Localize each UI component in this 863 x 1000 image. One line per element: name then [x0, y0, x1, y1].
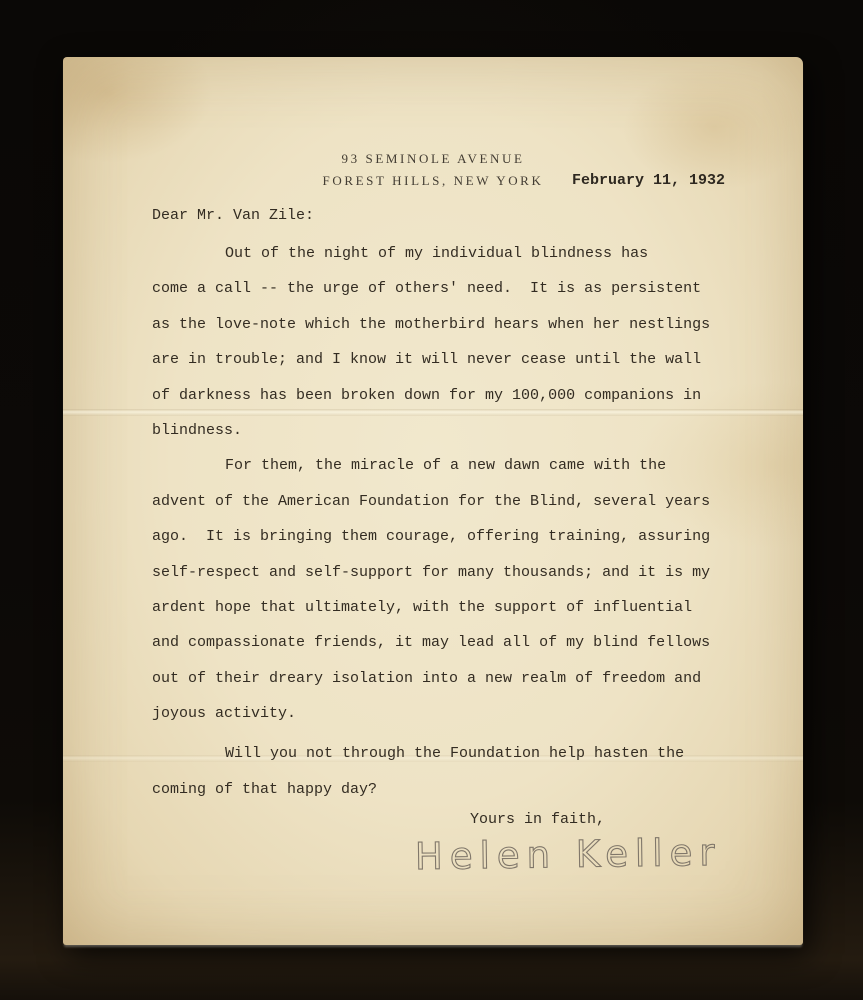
paragraph-3: Will you not through the Foundation help…: [152, 736, 752, 807]
body-line: coming of that happy day?: [152, 772, 752, 807]
body-line: out of their dreary isolation into a new…: [152, 661, 752, 696]
body-line: For them, the miracle of a new dawn came…: [152, 448, 752, 483]
salutation: Dear Mr. Van Zile:: [152, 198, 314, 233]
body-line: self-respect and self-support for many t…: [152, 555, 752, 590]
body-line: are in trouble; and I know it will never…: [152, 342, 752, 377]
body-line: advent of the American Foundation for th…: [152, 484, 752, 519]
signature: Helen Keller: [411, 823, 732, 892]
body-line: as the love-note which the motherbird he…: [152, 307, 752, 342]
letter-body: Out of the night of my individual blindn…: [152, 236, 752, 807]
signature-handwriting: Helen Keller: [411, 823, 732, 887]
body-line: of darkness has been broken down for my …: [152, 378, 752, 413]
body-line: Will you not through the Foundation help…: [152, 736, 752, 771]
letter-paper: 93 SEMINOLE AVENUE FOREST HILLS, NEW YOR…: [63, 57, 803, 945]
body-line: joyous activity.: [152, 696, 752, 731]
letterhead-address-line1: 93 SEMINOLE AVENUE: [63, 148, 803, 170]
body-line: ago. It is bringing them courage, offeri…: [152, 519, 752, 554]
photo-background: 93 SEMINOLE AVENUE FOREST HILLS, NEW YOR…: [0, 0, 863, 1000]
body-line: come a call -- the urge of others' need.…: [152, 271, 752, 306]
signature-text: Helen Keller: [415, 831, 722, 878]
paragraph-1: Out of the night of my individual blindn…: [152, 236, 752, 448]
letter-date: February 11, 1932: [572, 170, 725, 192]
body-line: blindness.: [152, 413, 752, 448]
body-line: ardent hope that ultimately, with the su…: [152, 590, 752, 625]
body-line: Out of the night of my individual blindn…: [152, 236, 752, 271]
paragraph-2: For them, the miracle of a new dawn came…: [152, 448, 752, 731]
body-line: and compassionate friends, it may lead a…: [152, 625, 752, 660]
